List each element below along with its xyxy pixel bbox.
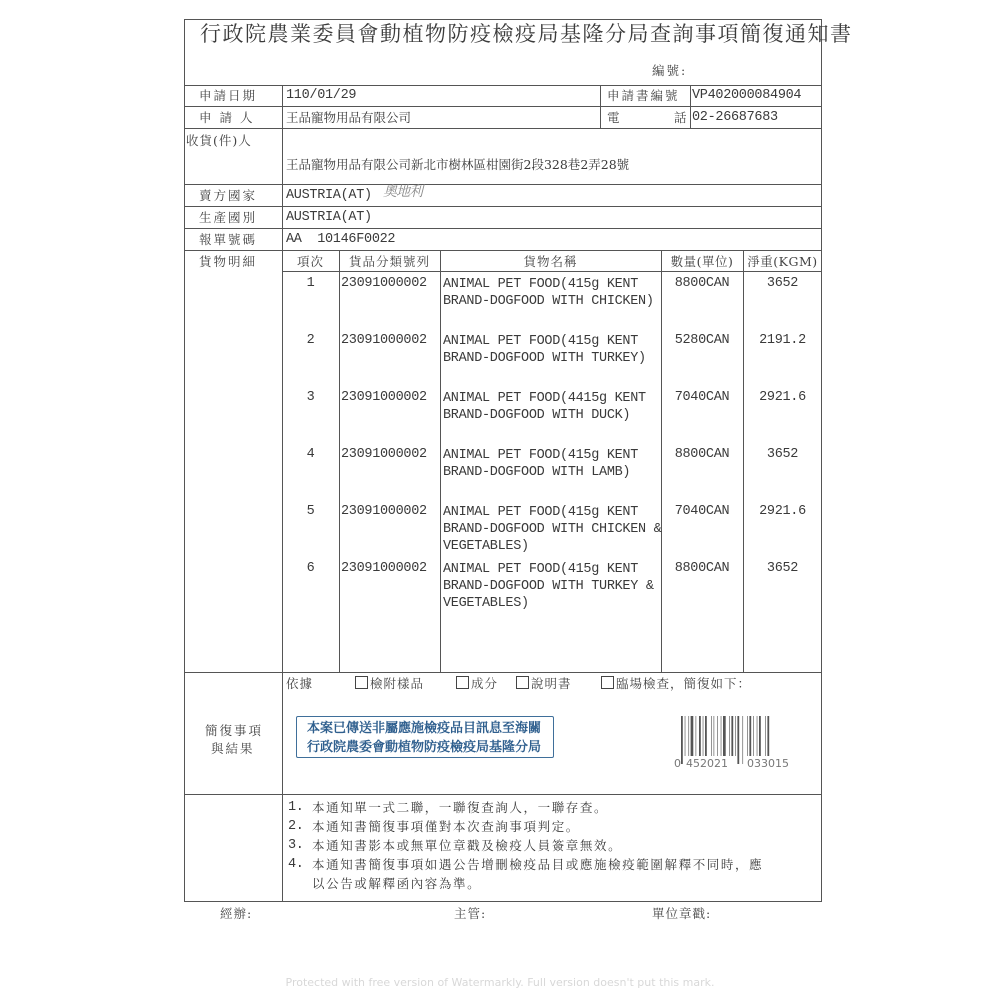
checkbox-manual[interactable]: 說明書 xyxy=(516,676,572,692)
cell-name-line: BRAND-DOGFOOD WITH TURKEY & xyxy=(443,578,654,595)
col-header-quantity: 數量(單位) xyxy=(661,254,743,270)
cell-name: ANIMAL PET FOOD(415g KENTBRAND-DOGFOOD W… xyxy=(443,447,638,481)
checkbox-onsite[interactable]: 臨場檢查，簡復如下： xyxy=(601,676,751,692)
cell-name-line: BRAND-DOGFOOD WITH DUCK) xyxy=(443,407,646,424)
divider xyxy=(282,85,283,902)
stamp-line-2: 行政院農委會動植物防疫檢疫局基隆分局 xyxy=(307,738,543,757)
declaration-no-value: AA 10146F0022 xyxy=(286,232,395,248)
cell-net-weight: 3652 xyxy=(743,561,822,577)
note-number: 1. xyxy=(288,800,304,816)
result-label-line2: 與結果 xyxy=(211,741,255,757)
cell-name-line: VEGETABLES) xyxy=(443,538,661,555)
divider xyxy=(282,271,822,272)
checkbox-icon xyxy=(456,676,469,689)
checkbox-label: 臨場檢查，簡復如下： xyxy=(616,676,751,691)
cell-quantity: 7040CAN xyxy=(661,390,743,406)
divider xyxy=(690,85,691,128)
serial-label: 編號: xyxy=(652,63,687,79)
divider xyxy=(184,794,822,795)
cell-item: 2 xyxy=(282,333,339,349)
cell-quantity: 8800CAN xyxy=(661,561,743,577)
divider xyxy=(184,85,822,86)
watermark: Protected with free version of Watermark… xyxy=(0,976,1000,989)
cell-name: ANIMAL PET FOOD(415g KENTBRAND-DOGFOOD W… xyxy=(443,333,646,367)
handwritten-note: 奧地利 xyxy=(383,184,422,200)
barcode-digits-mid: 452021 xyxy=(686,757,728,770)
cell-hs-code: 23091000002 xyxy=(341,447,427,463)
cell-name-line: ANIMAL PET FOOD(415g KENT xyxy=(443,561,654,578)
divider xyxy=(440,250,441,672)
applicant-label: 申 請 人 xyxy=(199,110,254,126)
checkbox-icon xyxy=(355,676,368,689)
cell-net-weight: 3652 xyxy=(743,447,822,463)
application-no-label: 申請書編號 xyxy=(607,88,680,104)
application-no-value: VP402000084904 xyxy=(692,88,801,104)
cell-net-weight: 2191.2 xyxy=(743,333,822,349)
handler-label: 經辦: xyxy=(220,906,252,922)
cell-name-line: ANIMAL PET FOOD(415g KENT xyxy=(443,276,654,293)
basis-label: 依據 xyxy=(286,676,313,692)
note-text: 本通知書簡復事項如遇公告增刪檢疫品目或應施檢疫範圍解釋不同時，應 xyxy=(312,857,763,873)
cell-name-line: ANIMAL PET FOOD(4415g KENT xyxy=(443,390,646,407)
cell-net-weight: 3652 xyxy=(743,276,822,292)
divider xyxy=(184,228,822,229)
cell-quantity: 8800CAN xyxy=(661,447,743,463)
cell-name: ANIMAL PET FOOD(4415g KENTBRAND-DOGFOOD … xyxy=(443,390,646,424)
applicant-value: 王品寵物用品有限公司 xyxy=(286,110,411,126)
cell-name-line: BRAND-DOGFOOD WITH LAMB) xyxy=(443,464,638,481)
divider xyxy=(184,106,822,107)
checkbox-icon xyxy=(601,676,614,689)
divider xyxy=(184,184,822,185)
phone-label-2: 話 xyxy=(674,110,689,126)
cell-name-line: ANIMAL PET FOOD(415g KENT xyxy=(443,447,638,464)
col-header-net-weight: 淨重(KGM) xyxy=(743,254,822,270)
seal-label: 單位章戳: xyxy=(652,906,711,922)
cell-hs-code: 23091000002 xyxy=(341,504,427,520)
document-title: 行政院農業委員會動植物防疫檢疫局基隆分局查詢事項簡復通知書 xyxy=(200,26,853,42)
result-label-line1: 簡復事項 xyxy=(205,723,263,739)
origin-country-value: AUSTRIA(AT) xyxy=(286,210,372,226)
divider xyxy=(184,128,822,129)
cell-name-line: ANIMAL PET FOOD(415g KENT xyxy=(443,504,661,521)
cell-item: 3 xyxy=(282,390,339,406)
goods-label: 貨物明細 xyxy=(199,254,257,270)
cell-net-weight: 2921.6 xyxy=(743,390,822,406)
cell-name-line: ANIMAL PET FOOD(415g KENT xyxy=(443,333,646,350)
col-header-item: 項次 xyxy=(282,254,339,270)
checkbox-ingredients[interactable]: 成分 xyxy=(456,676,498,692)
consignee-value: 王品寵物用品有限公司新北市樹林區柑園街2段328巷2弄28號 xyxy=(286,157,629,173)
cell-name: ANIMAL PET FOOD(415g KENTBRAND-DOGFOOD W… xyxy=(443,561,654,612)
note-number: 3. xyxy=(288,838,304,854)
phone-value: 02-26687683 xyxy=(692,110,778,126)
seller-country-value: AUSTRIA(AT) xyxy=(286,188,372,204)
cell-net-weight: 2921.6 xyxy=(743,504,822,520)
divider xyxy=(339,250,340,672)
divider xyxy=(184,206,822,207)
note-number: 2. xyxy=(288,819,304,835)
stamp-line-1: 本案已傳送非屬應施檢疫品目訊息至海關 xyxy=(307,719,543,738)
cell-name: ANIMAL PET FOOD(415g KENTBRAND-DOGFOOD W… xyxy=(443,276,654,310)
note-number: 4. xyxy=(288,857,304,873)
col-header-hs-code: 貨品分類號列 xyxy=(339,254,440,270)
barcode-digits-right: 033015 xyxy=(747,757,789,770)
divider xyxy=(600,85,601,128)
application-date-label: 申請日期 xyxy=(199,88,257,104)
barcode-digit-left: 0 xyxy=(674,757,681,770)
checkbox-icon xyxy=(516,676,529,689)
phone-label-1: 電 xyxy=(607,110,622,126)
note-text: 本通知單一式二聯，一聯復查詢人，一聯存查。 xyxy=(312,800,608,816)
cell-quantity: 5280CAN xyxy=(661,333,743,349)
customs-stamp: 本案已傳送非屬應施檢疫品目訊息至海關 行政院農委會動植物防疫檢疫局基隆分局 xyxy=(296,716,554,758)
cell-item: 4 xyxy=(282,447,339,463)
checkbox-label: 檢附樣品 xyxy=(370,676,424,691)
note-text: 本通知書影本或無單位章戳及檢疫人員簽章無效。 xyxy=(312,838,622,854)
cell-item: 1 xyxy=(282,276,339,292)
declaration-no-label: 報單號碼 xyxy=(199,232,257,248)
cell-name-line: BRAND-DOGFOOD WITH CHICKEN & xyxy=(443,521,661,538)
supervisor-label: 主管: xyxy=(454,906,486,922)
cell-quantity: 8800CAN xyxy=(661,276,743,292)
checkbox-sample[interactable]: 檢附樣品 xyxy=(355,676,424,692)
cell-hs-code: 23091000002 xyxy=(341,390,427,406)
origin-country-label: 生產國別 xyxy=(199,210,257,226)
seller-country-label: 賣方國家 xyxy=(199,188,257,204)
cell-hs-code: 23091000002 xyxy=(341,276,427,292)
cell-name-line: VEGETABLES) xyxy=(443,595,654,612)
col-header-name: 貨物名稱 xyxy=(440,254,661,270)
cell-quantity: 7040CAN xyxy=(661,504,743,520)
note-text: 以公告或解釋函內容為準。 xyxy=(312,876,481,892)
cell-hs-code: 23091000002 xyxy=(341,333,427,349)
checkbox-label: 成分 xyxy=(471,676,498,691)
divider xyxy=(184,250,822,251)
cell-name: ANIMAL PET FOOD(415g KENTBRAND-DOGFOOD W… xyxy=(443,504,661,555)
cell-item: 6 xyxy=(282,561,339,577)
cell-name-line: BRAND-DOGFOOD WITH CHICKEN) xyxy=(443,293,654,310)
cell-name-line: BRAND-DOGFOOD WITH TURKEY) xyxy=(443,350,646,367)
consignee-label: 收貨(件)人 xyxy=(186,133,252,149)
checkbox-label: 說明書 xyxy=(531,676,572,691)
note-text: 本通知書簡復事項僅對本次查詢事項判定。 xyxy=(312,819,580,835)
divider xyxy=(184,672,822,673)
cell-hs-code: 23091000002 xyxy=(341,561,427,577)
application-date-value: 110/01/29 xyxy=(286,88,356,104)
cell-item: 5 xyxy=(282,504,339,520)
